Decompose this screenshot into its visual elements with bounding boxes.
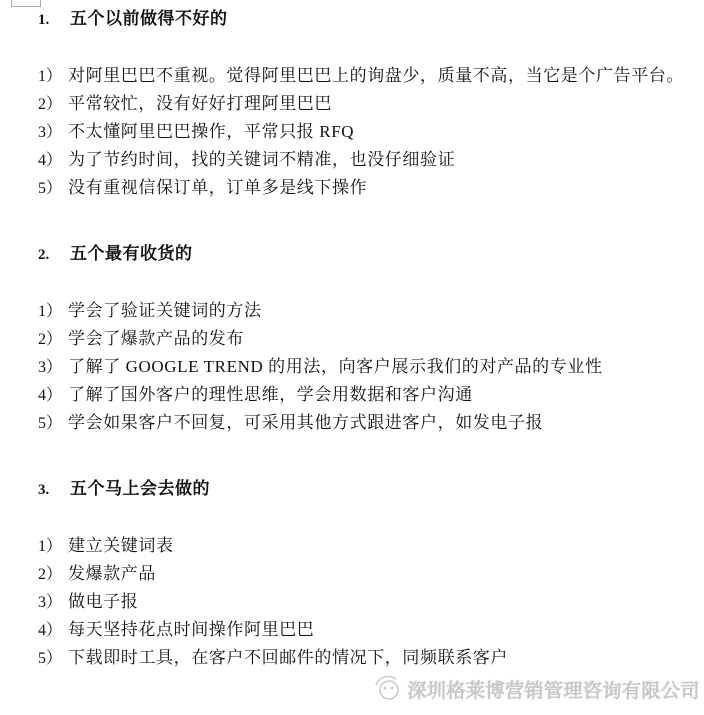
section-title: 五个最有收货的 bbox=[70, 244, 193, 264]
item-number: 5） bbox=[38, 645, 68, 672]
list-item: 1） 建立关键词表 bbox=[38, 532, 698, 560]
list-item: 5） 没有重视信保订单，订单多是线下操作 bbox=[38, 174, 698, 202]
section-title: 五个以前做得不好的 bbox=[70, 9, 228, 29]
item-text: 下载即时工具，在客户不回邮件的情况下，同频联系客户 bbox=[68, 644, 508, 671]
globe-swoosh-icon bbox=[373, 671, 403, 708]
item-number: 3） bbox=[38, 354, 68, 381]
company-name: 深圳格莱博营销管理咨询有限公司 bbox=[407, 676, 700, 703]
list-item: 5） 下载即时工具，在客户不回邮件的情况下，同频联系客户 bbox=[38, 644, 698, 672]
item-text: 对阿里巴巴不重视。觉得阿里巴巴上的询盘少，质量不高，当它是个广告平台。 bbox=[68, 62, 684, 89]
item-text: 建立关键词表 bbox=[68, 532, 174, 559]
item-text: 学会如果客户不回复，可采用其他方式跟进客户，如发电子报 bbox=[68, 409, 543, 436]
section-title: 五个马上会去做的 bbox=[70, 479, 210, 499]
item-number: 4） bbox=[38, 147, 68, 174]
item-number: 5） bbox=[38, 175, 68, 202]
item-text: 做电子报 bbox=[68, 588, 138, 615]
list-item: 1） 学会了验证关键词的方法 bbox=[38, 297, 698, 325]
item-number: 2） bbox=[38, 91, 68, 118]
item-text: 了解了国外客户的理性思维，学会用数据和客户沟通 bbox=[68, 381, 473, 408]
list-item: 1） 对阿里巴巴不重视。觉得阿里巴巴上的询盘少，质量不高，当它是个广告平台。 bbox=[38, 62, 698, 90]
section-number: 1. bbox=[38, 10, 70, 30]
section-1: 1. 五个以前做得不好的 1） 对阿里巴巴不重视。觉得阿里巴巴上的询盘少，质量不… bbox=[38, 9, 698, 202]
item-text: 了解了 GOOGLE TREND 的用法，向客户展示我们的对产品的专业性 bbox=[68, 353, 603, 380]
list-item: 5） 学会如果客户不回复，可采用其他方式跟进客户，如发电子报 bbox=[38, 409, 698, 437]
section-2-items: 1） 学会了验证关键词的方法 2） 学会了爆款产品的发布 3） 了解了 GOOG… bbox=[38, 297, 698, 437]
list-item: 3） 不太懂阿里巴巴操作，平常只报 RFQ bbox=[38, 118, 698, 146]
list-item: 4） 每天坚持花点时间操作阿里巴巴 bbox=[38, 616, 698, 644]
section-number: 3. bbox=[38, 480, 70, 500]
section-1-heading: 1. 五个以前做得不好的 bbox=[38, 9, 698, 30]
list-item: 2） 发爆款产品 bbox=[38, 560, 698, 588]
section-3-items: 1） 建立关键词表 2） 发爆款产品 3） 做电子报 4） 每天坚持花点时间操作… bbox=[38, 532, 698, 672]
list-item: 3） 做电子报 bbox=[38, 588, 698, 616]
item-number: 5） bbox=[38, 410, 68, 437]
list-item: 2） 平常较忙，没有好好打理阿里巴巴 bbox=[38, 90, 698, 118]
item-number: 2） bbox=[38, 326, 68, 353]
section-1-items: 1） 对阿里巴巴不重视。觉得阿里巴巴上的询盘少，质量不高，当它是个广告平台。 2… bbox=[38, 62, 698, 202]
section-number: 2. bbox=[38, 245, 70, 265]
list-item: 2） 学会了爆款产品的发布 bbox=[38, 325, 698, 353]
document-page: 1. 五个以前做得不好的 1） 对阿里巴巴不重视。觉得阿里巴巴上的询盘少，质量不… bbox=[0, 0, 704, 715]
item-number: 1） bbox=[38, 533, 68, 560]
item-text: 平常较忙，没有好好打理阿里巴巴 bbox=[68, 90, 332, 117]
item-number: 2） bbox=[38, 561, 68, 588]
item-text: 发爆款产品 bbox=[68, 560, 156, 587]
item-number: 4） bbox=[38, 617, 68, 644]
section-3: 3. 五个马上会去做的 1） 建立关键词表 2） 发爆款产品 3） 做电子报 4… bbox=[38, 479, 698, 672]
list-item: 4） 为了节约时间，找的关键词不精准，也没仔细验证 bbox=[38, 146, 698, 174]
item-number: 3） bbox=[38, 589, 68, 616]
item-text: 学会了验证关键词的方法 bbox=[68, 297, 262, 324]
item-number: 1） bbox=[38, 63, 68, 90]
item-number: 4） bbox=[38, 382, 68, 409]
item-text: 为了节约时间，找的关键词不精准，也没仔细验证 bbox=[68, 146, 455, 173]
item-text: 不太懂阿里巴巴操作，平常只报 RFQ bbox=[68, 118, 354, 145]
item-text: 每天坚持花点时间操作阿里巴巴 bbox=[68, 616, 314, 643]
list-item: 4） 了解了国外客户的理性思维，学会用数据和客户沟通 bbox=[38, 381, 698, 409]
item-text: 学会了爆款产品的发布 bbox=[68, 325, 244, 352]
item-number: 1） bbox=[38, 298, 68, 325]
section-3-heading: 3. 五个马上会去做的 bbox=[38, 479, 698, 500]
placeholder-box bbox=[11, 0, 41, 7]
list-item: 3） 了解了 GOOGLE TREND 的用法，向客户展示我们的对产品的专业性 bbox=[38, 353, 698, 381]
section-2-heading: 2. 五个最有收货的 bbox=[38, 244, 698, 265]
watermark: 深圳格莱博营销管理咨询有限公司 bbox=[373, 671, 700, 708]
section-2: 2. 五个最有收货的 1） 学会了验证关键词的方法 2） 学会了爆款产品的发布 … bbox=[38, 244, 698, 437]
item-text: 没有重视信保订单，订单多是线下操作 bbox=[68, 174, 367, 201]
item-number: 3） bbox=[38, 119, 68, 146]
